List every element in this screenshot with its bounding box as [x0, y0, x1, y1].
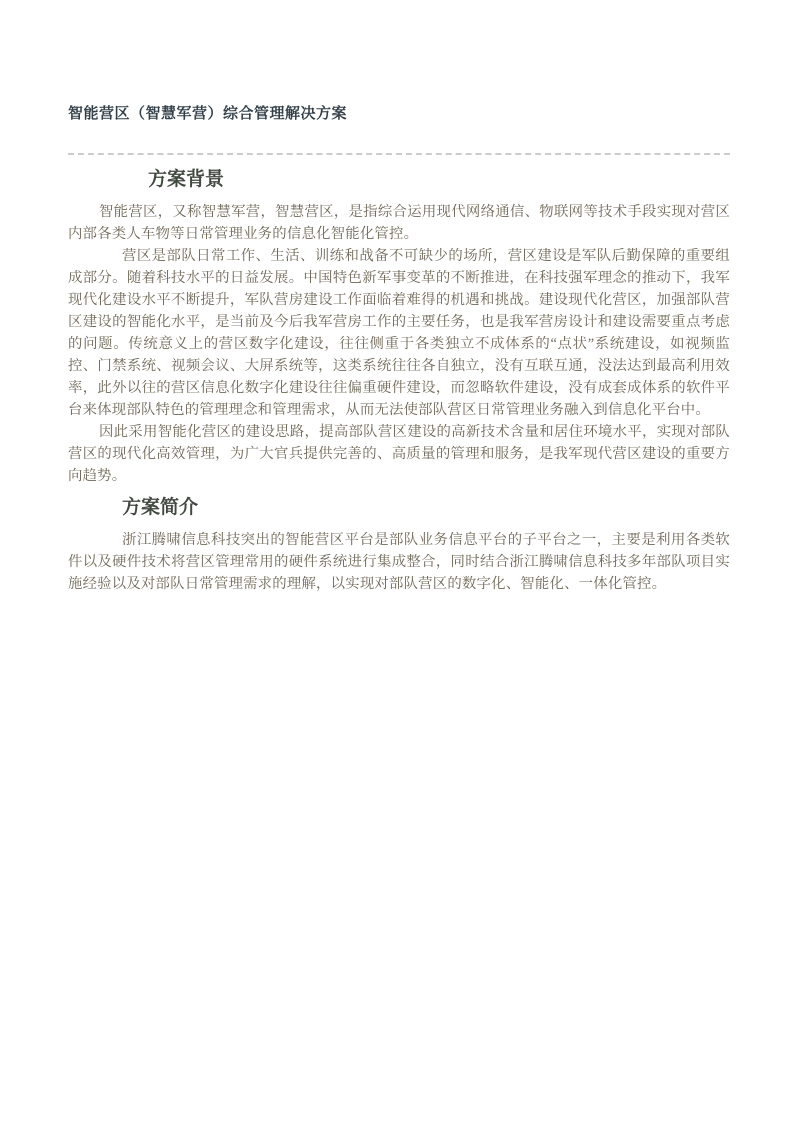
dashed-divider [68, 153, 730, 155]
paragraph-background-2: 营区是部队日常工作、生活、训练和战备不可缺少的场所，营区建设是军队后勤保障的重要… [68, 245, 730, 421]
paragraph-intro-1: 浙江腾啸信息科技突出的智能营区平台是部队业务信息平台的子平台之一，主要是利用各类… [68, 529, 730, 595]
section-background: 方案背景 智能营区，又称智慧军营，智慧营区，是指综合运用现代网络通信、物联网等技… [68, 167, 730, 487]
document-page: 智能营区（智慧军营）综合管理解决方案 方案背景 智能营区，又称智慧军营，智慧营区… [0, 0, 793, 1122]
section-heading-background: 方案背景 [148, 167, 730, 193]
paragraph-background-1: 智能营区，又称智慧军营，智慧营区，是指综合运用现代网络通信、物联网等技术手段实现… [68, 201, 730, 245]
section-heading-intro: 方案简介 [122, 495, 730, 521]
document-title: 智能营区（智慧军营）综合管理解决方案 [68, 103, 730, 125]
paragraph-background-3: 因此采用智能化营区的建设思路，提高部队营区建设的高新技术含量和居住环境水平，实现… [68, 421, 730, 487]
section-intro: 方案简介 浙江腾啸信息科技突出的智能营区平台是部队业务信息平台的子平台之一，主要… [68, 495, 730, 595]
